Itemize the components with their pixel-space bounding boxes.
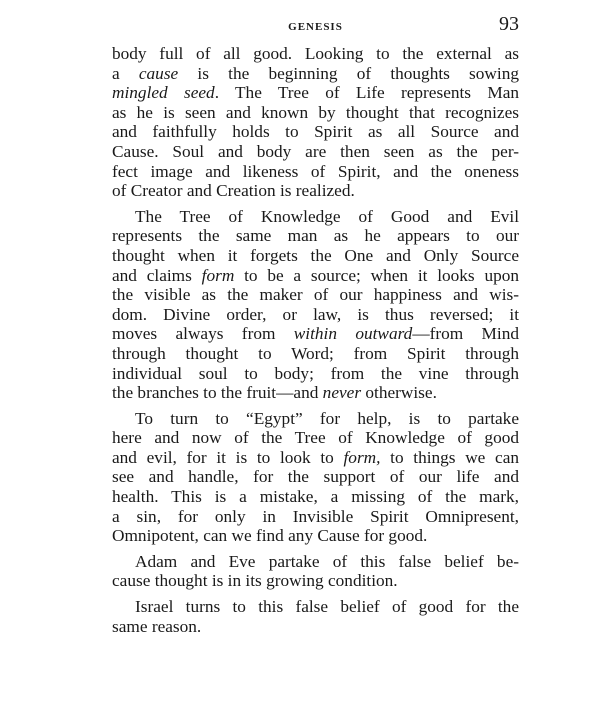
text-line: and claims form to be a source; when it … xyxy=(112,266,519,286)
text-line: fect image and likeness of Spirit, and t… xyxy=(112,162,519,182)
text-line: Adam and Eve partake of this false belie… xyxy=(112,552,519,572)
text-run: of Creator and Creation is realized. xyxy=(112,181,355,200)
text-run: To turn to “Egypt” for help, is to parta… xyxy=(135,409,519,428)
text-run: body full of all good. Looking to the ex… xyxy=(112,44,519,63)
running-head: GENESIS 93 xyxy=(112,0,519,44)
text-run: and claims xyxy=(112,266,202,285)
text-run: thought when it forgets the One and Only… xyxy=(112,246,519,265)
text-line: see and handle, for the support of our l… xyxy=(112,467,519,487)
paragraph: body full of all good. Looking to the ex… xyxy=(112,44,519,201)
text-run: to things we can xyxy=(380,448,519,467)
text-run: represents the same man as he appears to… xyxy=(112,226,519,245)
text-run: see and handle, for the support of our l… xyxy=(112,467,519,486)
text-run: health. This is a mistake, a missing of … xyxy=(112,487,519,506)
text-line: same reason. xyxy=(112,617,519,637)
text-run: is the beginning of thoughts sowing xyxy=(178,64,519,83)
chapter-title: GENESIS xyxy=(112,21,519,33)
text-run: a xyxy=(112,64,139,83)
text-run: otherwise. xyxy=(361,383,437,402)
paragraph: Israel turns to this false belief of goo… xyxy=(112,597,519,636)
paragraph: Adam and Eve partake of this false belie… xyxy=(112,552,519,591)
text-run: through thought to Word; from Spirit thr… xyxy=(112,344,519,363)
text-line: and evil, for it is to look to form, to … xyxy=(112,448,519,468)
body-text: body full of all good. Looking to the ex… xyxy=(112,44,519,636)
text-run: the visible as the maker of our happines… xyxy=(112,285,519,304)
text-line: the visible as the maker of our happines… xyxy=(112,285,519,305)
text-run: dom. Divine order, or law, is thus rever… xyxy=(112,305,519,324)
text-run: a sin, for only in Invisible Spirit Omni… xyxy=(112,507,519,526)
text-run: Omnipotent, can we find any Cause for go… xyxy=(112,526,427,545)
text-line: dom. Divine order, or law, is thus rever… xyxy=(112,305,519,325)
text-line: as he is seen and known by thought that … xyxy=(112,103,519,123)
paragraph: The Tree of Knowledge of Good and Evilre… xyxy=(112,207,519,403)
text-run: to be a source; when it looks upon xyxy=(234,266,519,285)
text-run: and faithfully holds to Spirit as all So… xyxy=(112,122,519,141)
text-line: body full of all good. Looking to the ex… xyxy=(112,44,519,64)
text-line: here and now of the Tree of Knowledge of… xyxy=(112,428,519,448)
text-line: a sin, for only in Invisible Spirit Omni… xyxy=(112,507,519,527)
text-run: —from Mind xyxy=(412,324,519,343)
text-line: Omnipotent, can we find any Cause for go… xyxy=(112,526,519,546)
italic-text: within outward xyxy=(294,324,413,343)
paragraph: To turn to “Egypt” for help, is to parta… xyxy=(112,409,519,546)
text-run: . The Tree of Life represents Man xyxy=(215,83,519,102)
text-line: the branches to the fruit—and never othe… xyxy=(112,383,519,403)
italic-text: mingled seed xyxy=(112,83,215,102)
text-run: and evil, for it is to look to xyxy=(112,448,344,467)
text-line: through thought to Word; from Spirit thr… xyxy=(112,344,519,364)
book-page: GENESIS 93 body full of all good. Lookin… xyxy=(112,0,519,642)
italic-text: form xyxy=(202,266,235,285)
text-line: Israel turns to this false belief of goo… xyxy=(112,597,519,617)
text-run: individual soul to body; from the vine t… xyxy=(112,364,519,383)
text-line: mingled seed. The Tree of Life represent… xyxy=(112,83,519,103)
text-line: To turn to “Egypt” for help, is to parta… xyxy=(112,409,519,429)
text-run: The Tree of Knowledge of Good and Evil xyxy=(135,207,519,226)
text-run: Israel turns to this false belief of goo… xyxy=(135,597,519,616)
text-line: moves always from within outward—from Mi… xyxy=(112,324,519,344)
text-run: here and now of the Tree of Knowledge of… xyxy=(112,428,519,447)
text-run: cause thought is in its growing conditio… xyxy=(112,571,398,590)
text-run: Cause. Soul and body are then seen as th… xyxy=(112,142,519,161)
text-run: Adam and Eve partake of this false belie… xyxy=(135,552,519,571)
italic-text: never xyxy=(323,383,361,402)
text-line: individual soul to body; from the vine t… xyxy=(112,364,519,384)
text-run: as he is seen and known by thought that … xyxy=(112,103,519,122)
text-run: same reason. xyxy=(112,617,201,636)
text-line: health. This is a mistake, a missing of … xyxy=(112,487,519,507)
text-line: and faithfully holds to Spirit as all So… xyxy=(112,122,519,142)
text-line: The Tree of Knowledge of Good and Evil xyxy=(112,207,519,227)
text-run: moves always from xyxy=(112,324,294,343)
text-line: cause thought is in its growing conditio… xyxy=(112,571,519,591)
text-line: represents the same man as he appears to… xyxy=(112,226,519,246)
page-number: 93 xyxy=(499,13,519,36)
text-line: thought when it forgets the One and Only… xyxy=(112,246,519,266)
italic-text: form, xyxy=(344,448,381,467)
text-line: Cause. Soul and body are then seen as th… xyxy=(112,142,519,162)
text-run: fect image and likeness of Spirit, and t… xyxy=(112,162,519,181)
text-line: a cause is the beginning of thoughts sow… xyxy=(112,64,519,84)
italic-text: cause xyxy=(139,64,178,83)
text-line: of Creator and Creation is realized. xyxy=(112,181,519,201)
text-run: the branches to the fruit—and xyxy=(112,383,323,402)
